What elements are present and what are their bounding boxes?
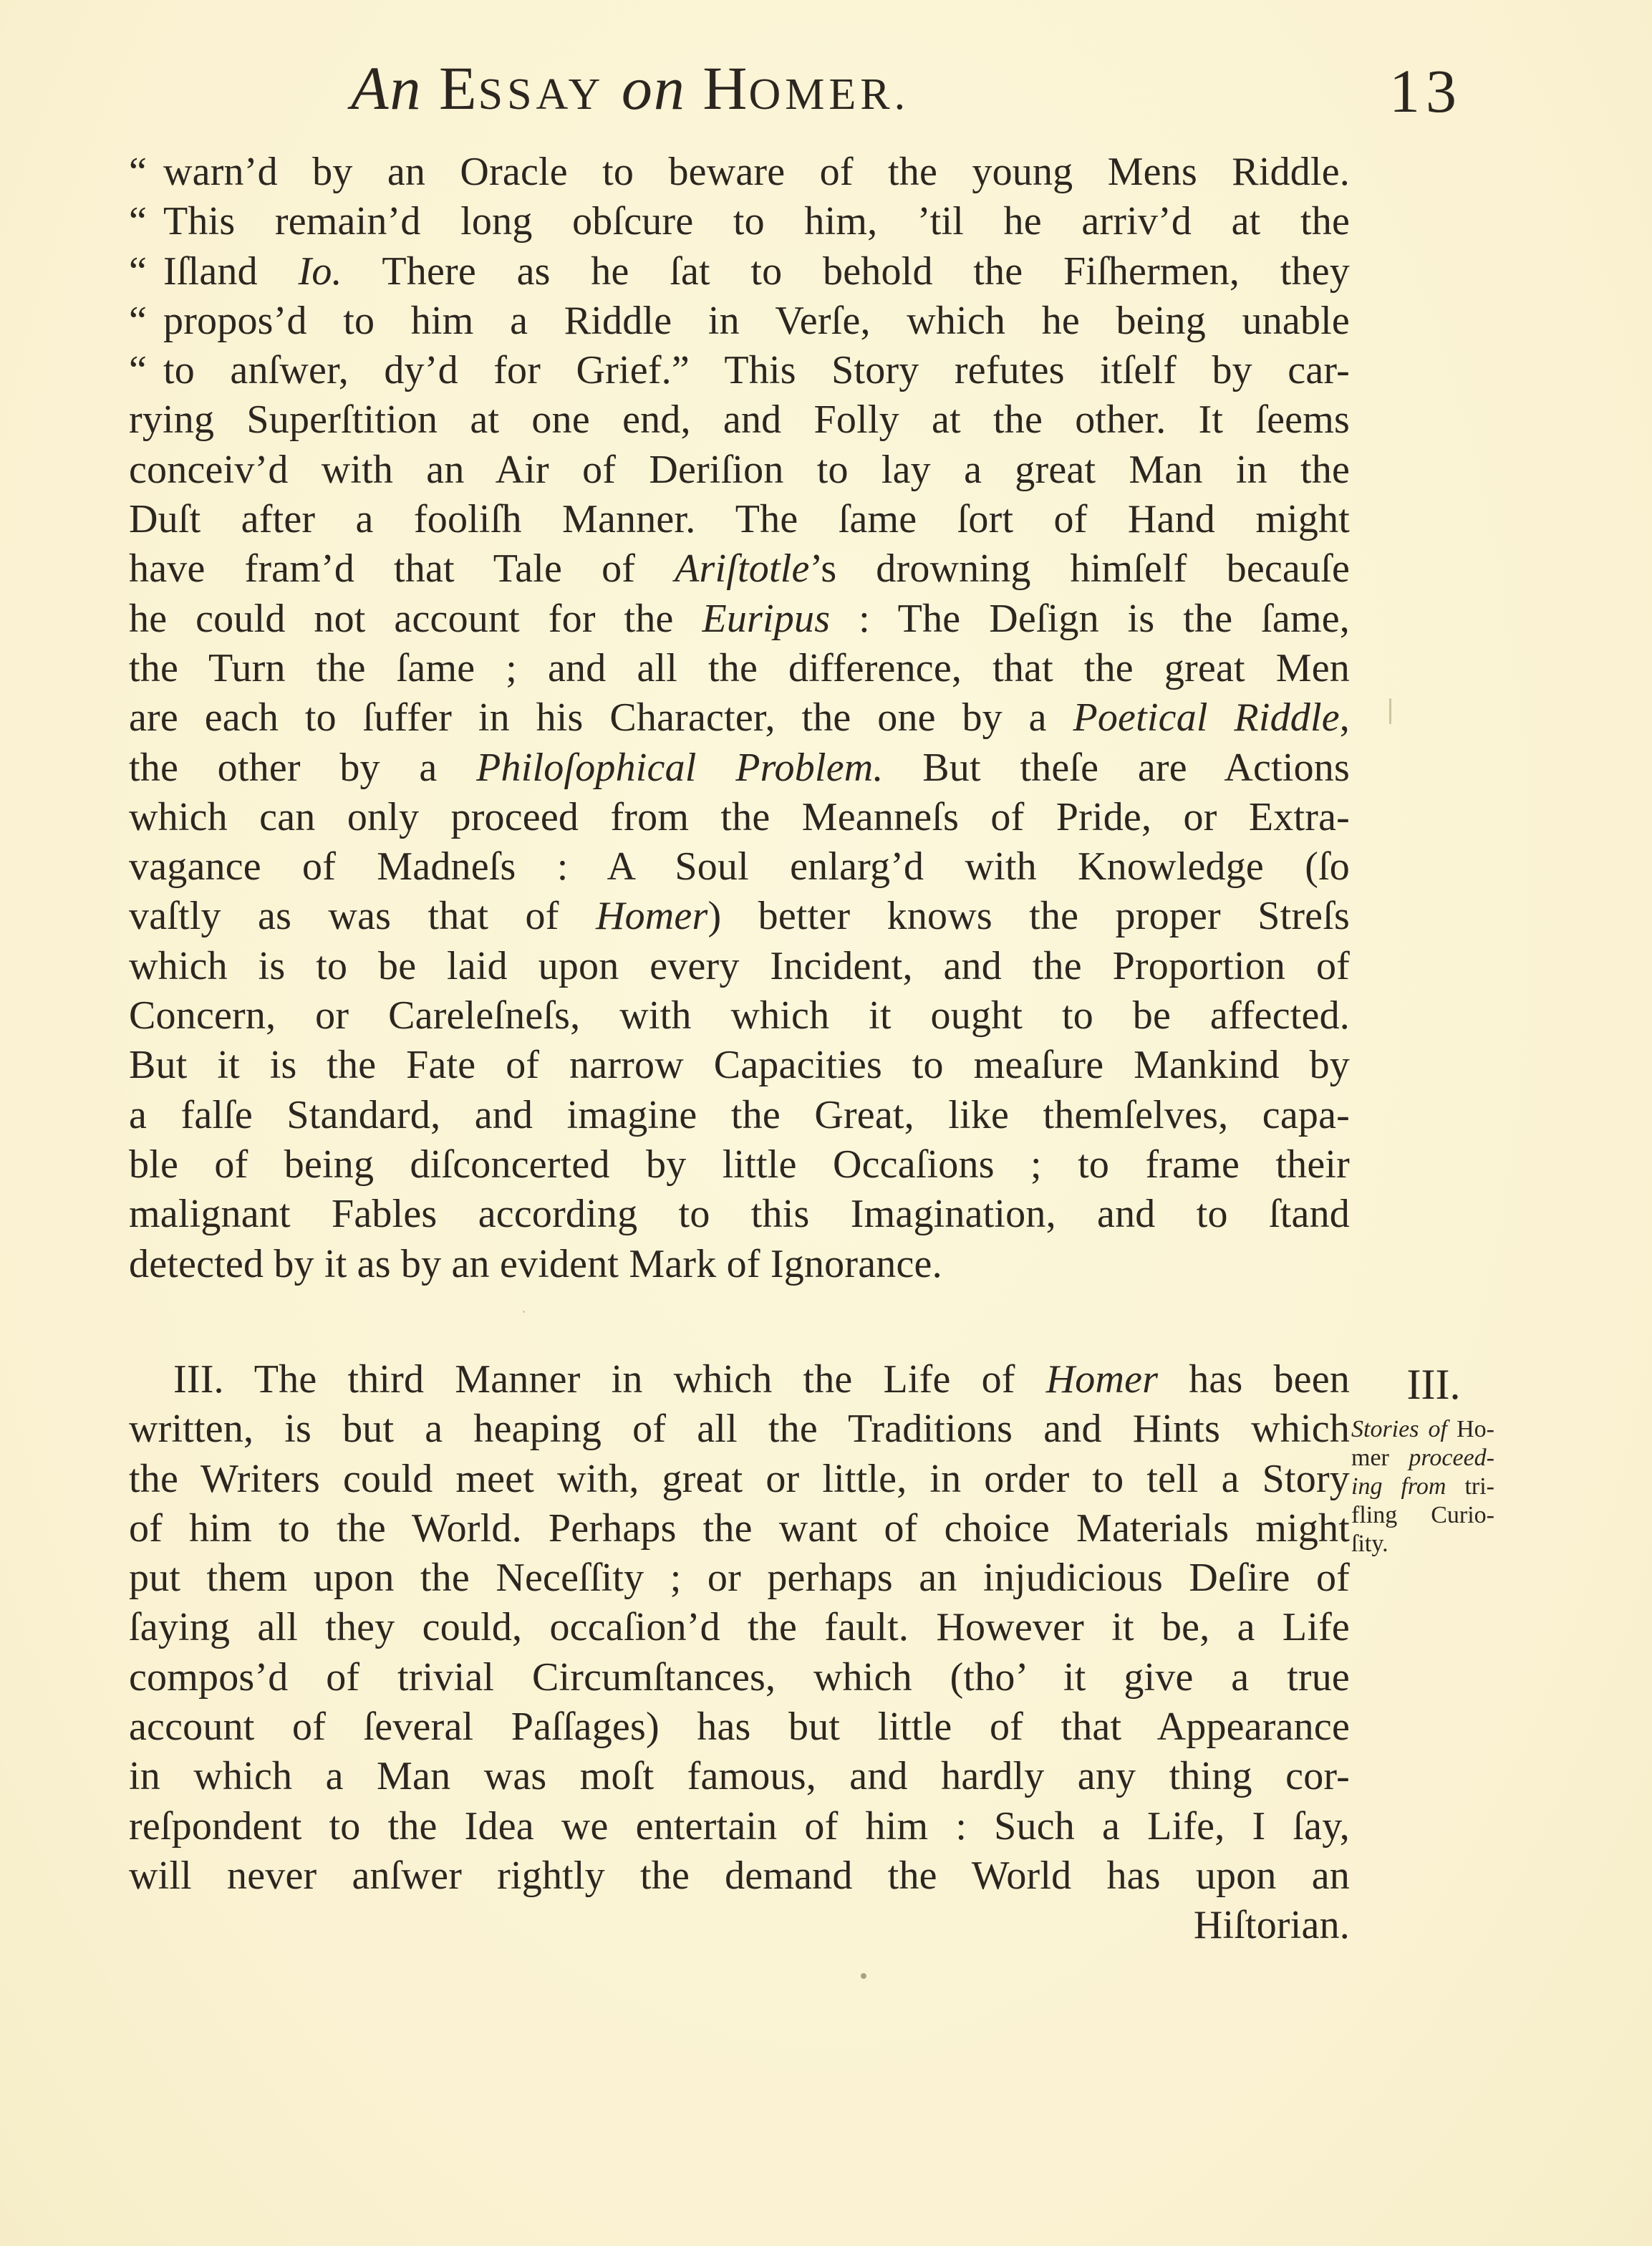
text-line: “propos’d to him a Riddle in Verſe, whic… xyxy=(129,297,1350,346)
text-line: “to anſwer, dy’d for Grief.” This Story … xyxy=(129,346,1350,395)
text-line: the Turn the ſame ; and all the differen… xyxy=(129,644,1350,693)
italic-text: Euripus xyxy=(702,597,830,641)
text-run: compos’d of trivial Circumſtances, which… xyxy=(129,1655,1350,1700)
text-line: which is to be laid upon every Incident,… xyxy=(129,942,1350,991)
paragraph-quoted-story: “warn’d by an Oracle to beware of the yo… xyxy=(129,148,1350,1289)
italic-text: Io. xyxy=(298,249,342,294)
text-run: are each to ſuffer in his Character, the… xyxy=(129,695,1073,740)
running-title-part: on xyxy=(604,54,702,122)
text-run: III. The third Manner in which the Life … xyxy=(173,1357,1046,1402)
text-run: the other by a xyxy=(129,746,476,790)
text-run: mer xyxy=(1351,1445,1409,1471)
italic-text: Philoſophical Problem. xyxy=(476,746,883,790)
text-line: III. The third Manner in which the Life … xyxy=(129,1355,1350,1404)
text-line: ſaying all they could, occaſion’d the fa… xyxy=(129,1603,1350,1652)
text-line: in which a Man was moſt famous, and hard… xyxy=(129,1752,1350,1801)
marginal-line: mer proceed- xyxy=(1351,1444,1494,1473)
text-line: have fram’d that Tale of Ariſtotle’s dro… xyxy=(129,544,1350,594)
text-run: the Turn the ſame ; and all the differen… xyxy=(129,646,1350,690)
running-header: An ESSAY on HOMER. 13 xyxy=(351,49,1497,127)
paper-speck xyxy=(861,1973,866,1979)
text-run: in which a Man was moſt famous, and hard… xyxy=(129,1754,1350,1798)
text-run: vaſtly as was that of xyxy=(129,894,596,938)
text-line: a falſe Standard, and imagine the Great,… xyxy=(129,1091,1350,1140)
text-run: ) better knows the proper Streſs xyxy=(707,894,1350,938)
text-run: he could not account for the xyxy=(129,597,702,641)
text-run: Ho- xyxy=(1457,1416,1494,1442)
text-line: conceiv’d with an Air of Deriſion to lay… xyxy=(129,445,1350,495)
text-run: tri- xyxy=(1464,1473,1494,1500)
running-title-part: H xyxy=(702,54,748,122)
text-line: written, is but a heaping of all the Tra… xyxy=(129,1404,1350,1454)
marginal-line: ſity. xyxy=(1351,1530,1494,1558)
italic-text: Homer xyxy=(1046,1357,1159,1402)
text-run: to anſwer, dy’d for Grief.” This Story r… xyxy=(163,348,1350,392)
quote-mark: “ xyxy=(129,297,163,346)
text-run: reſpondent to the Idea we entertain of h… xyxy=(129,1804,1350,1849)
text-run: warn’d by an Oracle to beware of the you… xyxy=(163,150,1350,194)
text-line: are each to ſuffer in his Character, the… xyxy=(129,693,1350,743)
text-run: fling Curio- xyxy=(1351,1502,1494,1528)
text-line: put them upon the Neceſſity ; or perhaps… xyxy=(129,1553,1350,1603)
text-run: But theſe are Actions xyxy=(884,746,1350,790)
text-run: : The Deſign is the ſame, xyxy=(830,597,1350,641)
marginal-note-text: Stories of Ho-mer proceed-ing from tri-f… xyxy=(1351,1415,1494,1558)
text-line: detected by it as by an evident Mark of … xyxy=(129,1240,1350,1289)
paper-speck xyxy=(1389,698,1391,724)
text-line: vaſtly as was that of Homer) better know… xyxy=(129,892,1350,941)
italic-text: proceed- xyxy=(1409,1445,1494,1471)
paragraph-third-manner: III. The third Manner in which the Life … xyxy=(129,1355,1350,1951)
text-line: rying Superſtition at one end, and Folly… xyxy=(129,395,1350,445)
page-number: 13 xyxy=(1389,52,1462,130)
text-line: will never anſwer rightly the demand the… xyxy=(129,1851,1350,1901)
text-line: But it is the Fate of narrow Capacities … xyxy=(129,1041,1350,1090)
text-run: put them upon the Neceſſity ; or perhaps… xyxy=(129,1556,1350,1600)
text-run: Hiſtorian. xyxy=(1194,1903,1350,1947)
text-run: detected by it as by an evident Mark of … xyxy=(129,1242,942,1286)
text-line: “This remain’d long obſcure to him, ’til… xyxy=(129,197,1350,246)
text-line: he could not account for the Euripus : T… xyxy=(129,594,1350,644)
italic-text: Stories of xyxy=(1351,1416,1457,1442)
text-run: will never anſwer rightly the demand the… xyxy=(129,1854,1350,1898)
text-run: ſaying all they could, occaſion’d the fa… xyxy=(129,1605,1350,1649)
text-run: Iſland xyxy=(163,249,298,294)
quote-mark: “ xyxy=(129,247,163,297)
text-run: propos’d to him a Riddle in Verſe, which… xyxy=(163,299,1350,343)
text-line: reſpondent to the Idea we entertain of h… xyxy=(129,1802,1350,1851)
text-run: the Writers could meet with, great or li… xyxy=(129,1457,1350,1501)
text-run: malignant Fables according to this Imagi… xyxy=(129,1192,1350,1236)
italic-text: Ariſtotle xyxy=(675,546,809,591)
running-title-part: SSAY xyxy=(478,70,605,119)
text-run: Duſt after a fooliſh Manner. The ſame ſo… xyxy=(129,497,1350,541)
marginal-section-number: III. xyxy=(1351,1359,1494,1409)
running-title-part: E xyxy=(422,54,478,122)
text-line: “Iſland Io. There as he ſat to behold th… xyxy=(129,247,1350,297)
text-run: But it is the Fate of narrow Capacities … xyxy=(129,1043,1350,1087)
text-line: Concern, or Careleſneſs, with which it o… xyxy=(129,991,1350,1041)
text-line: “warn’d by an Oracle to beware of the yo… xyxy=(129,148,1350,197)
text-run: has been xyxy=(1158,1357,1350,1402)
text-line: compos’d of trivial Circumſtances, which… xyxy=(129,1653,1350,1702)
text-line: Hiſtorian. xyxy=(129,1901,1350,1950)
quote-mark: “ xyxy=(129,346,163,395)
text-run: account of ſeveral Paſſages) has but lit… xyxy=(129,1705,1350,1749)
text-line: of him to the World. Perhaps the want of… xyxy=(129,1504,1350,1553)
marginal-line: fling Curio- xyxy=(1351,1501,1494,1530)
paper-speck xyxy=(523,1311,525,1313)
text-run: of him to the World. Perhaps the want of… xyxy=(129,1506,1350,1551)
text-run: , xyxy=(1340,695,1350,740)
text-run: have fram’d that Tale of xyxy=(129,546,675,591)
text-run: This remain’d long obſcure to him, ’til … xyxy=(163,199,1350,244)
text-line: ble of being diſconcerted by little Occa… xyxy=(129,1140,1350,1190)
text-line: vagance of Madneſs : A Soul enlarg’d wit… xyxy=(129,842,1350,892)
marginal-line: ing from tri- xyxy=(1351,1473,1494,1501)
marginal-note: III. Stories of Ho-mer proceed-ing from … xyxy=(1351,1359,1494,1558)
text-line: which can only proceed from the Meanneſs… xyxy=(129,793,1350,842)
text-run: There as he ſat to behold the Fiſhermen,… xyxy=(342,249,1350,294)
marginal-line: Stories of Ho- xyxy=(1351,1415,1494,1444)
text-run: a falſe Standard, and imagine the Great,… xyxy=(129,1093,1350,1137)
quote-mark: “ xyxy=(129,197,163,246)
italic-text: Homer xyxy=(596,894,708,938)
text-line: the Writers could meet with, great or li… xyxy=(129,1455,1350,1504)
text-line: account of ſeveral Paſſages) has but lit… xyxy=(129,1702,1350,1752)
text-run: ble of being diſconcerted by little Occa… xyxy=(129,1142,1350,1187)
text-run: which can only proceed from the Meanneſs… xyxy=(129,795,1350,839)
italic-text: Poetical Riddle xyxy=(1073,695,1339,740)
quote-mark: “ xyxy=(129,148,163,197)
text-run: which is to be laid upon every Incident,… xyxy=(129,944,1350,988)
text-run: written, is but a heaping of all the Tra… xyxy=(129,1407,1350,1451)
text-run: ’s drowning himſelf becauſe xyxy=(810,546,1350,591)
text-run: rying Superſtition at one end, and Folly… xyxy=(129,397,1350,442)
running-title-part: OMER. xyxy=(749,70,910,119)
text-run: Concern, or Careleſneſs, with which it o… xyxy=(129,993,1350,1038)
book-page: An ESSAY on HOMER. 13 “warn’d by an Orac… xyxy=(0,0,1652,2246)
running-title: An ESSAY on HOMER. xyxy=(351,49,909,134)
text-run: ſity. xyxy=(1351,1531,1388,1557)
text-line: the other by a Philoſophical Problem. Bu… xyxy=(129,743,1350,793)
text-run: vagance of Madneſs : A Soul enlarg’d wit… xyxy=(129,844,1350,889)
text-run: conceiv’d with an Air of Deriſion to lay… xyxy=(129,448,1350,492)
italic-text: ing from xyxy=(1351,1473,1464,1500)
running-title-part: An xyxy=(351,54,422,122)
text-line: Duſt after a fooliſh Manner. The ſame ſo… xyxy=(129,495,1350,544)
text-line: malignant Fables according to this Imagi… xyxy=(129,1190,1350,1239)
